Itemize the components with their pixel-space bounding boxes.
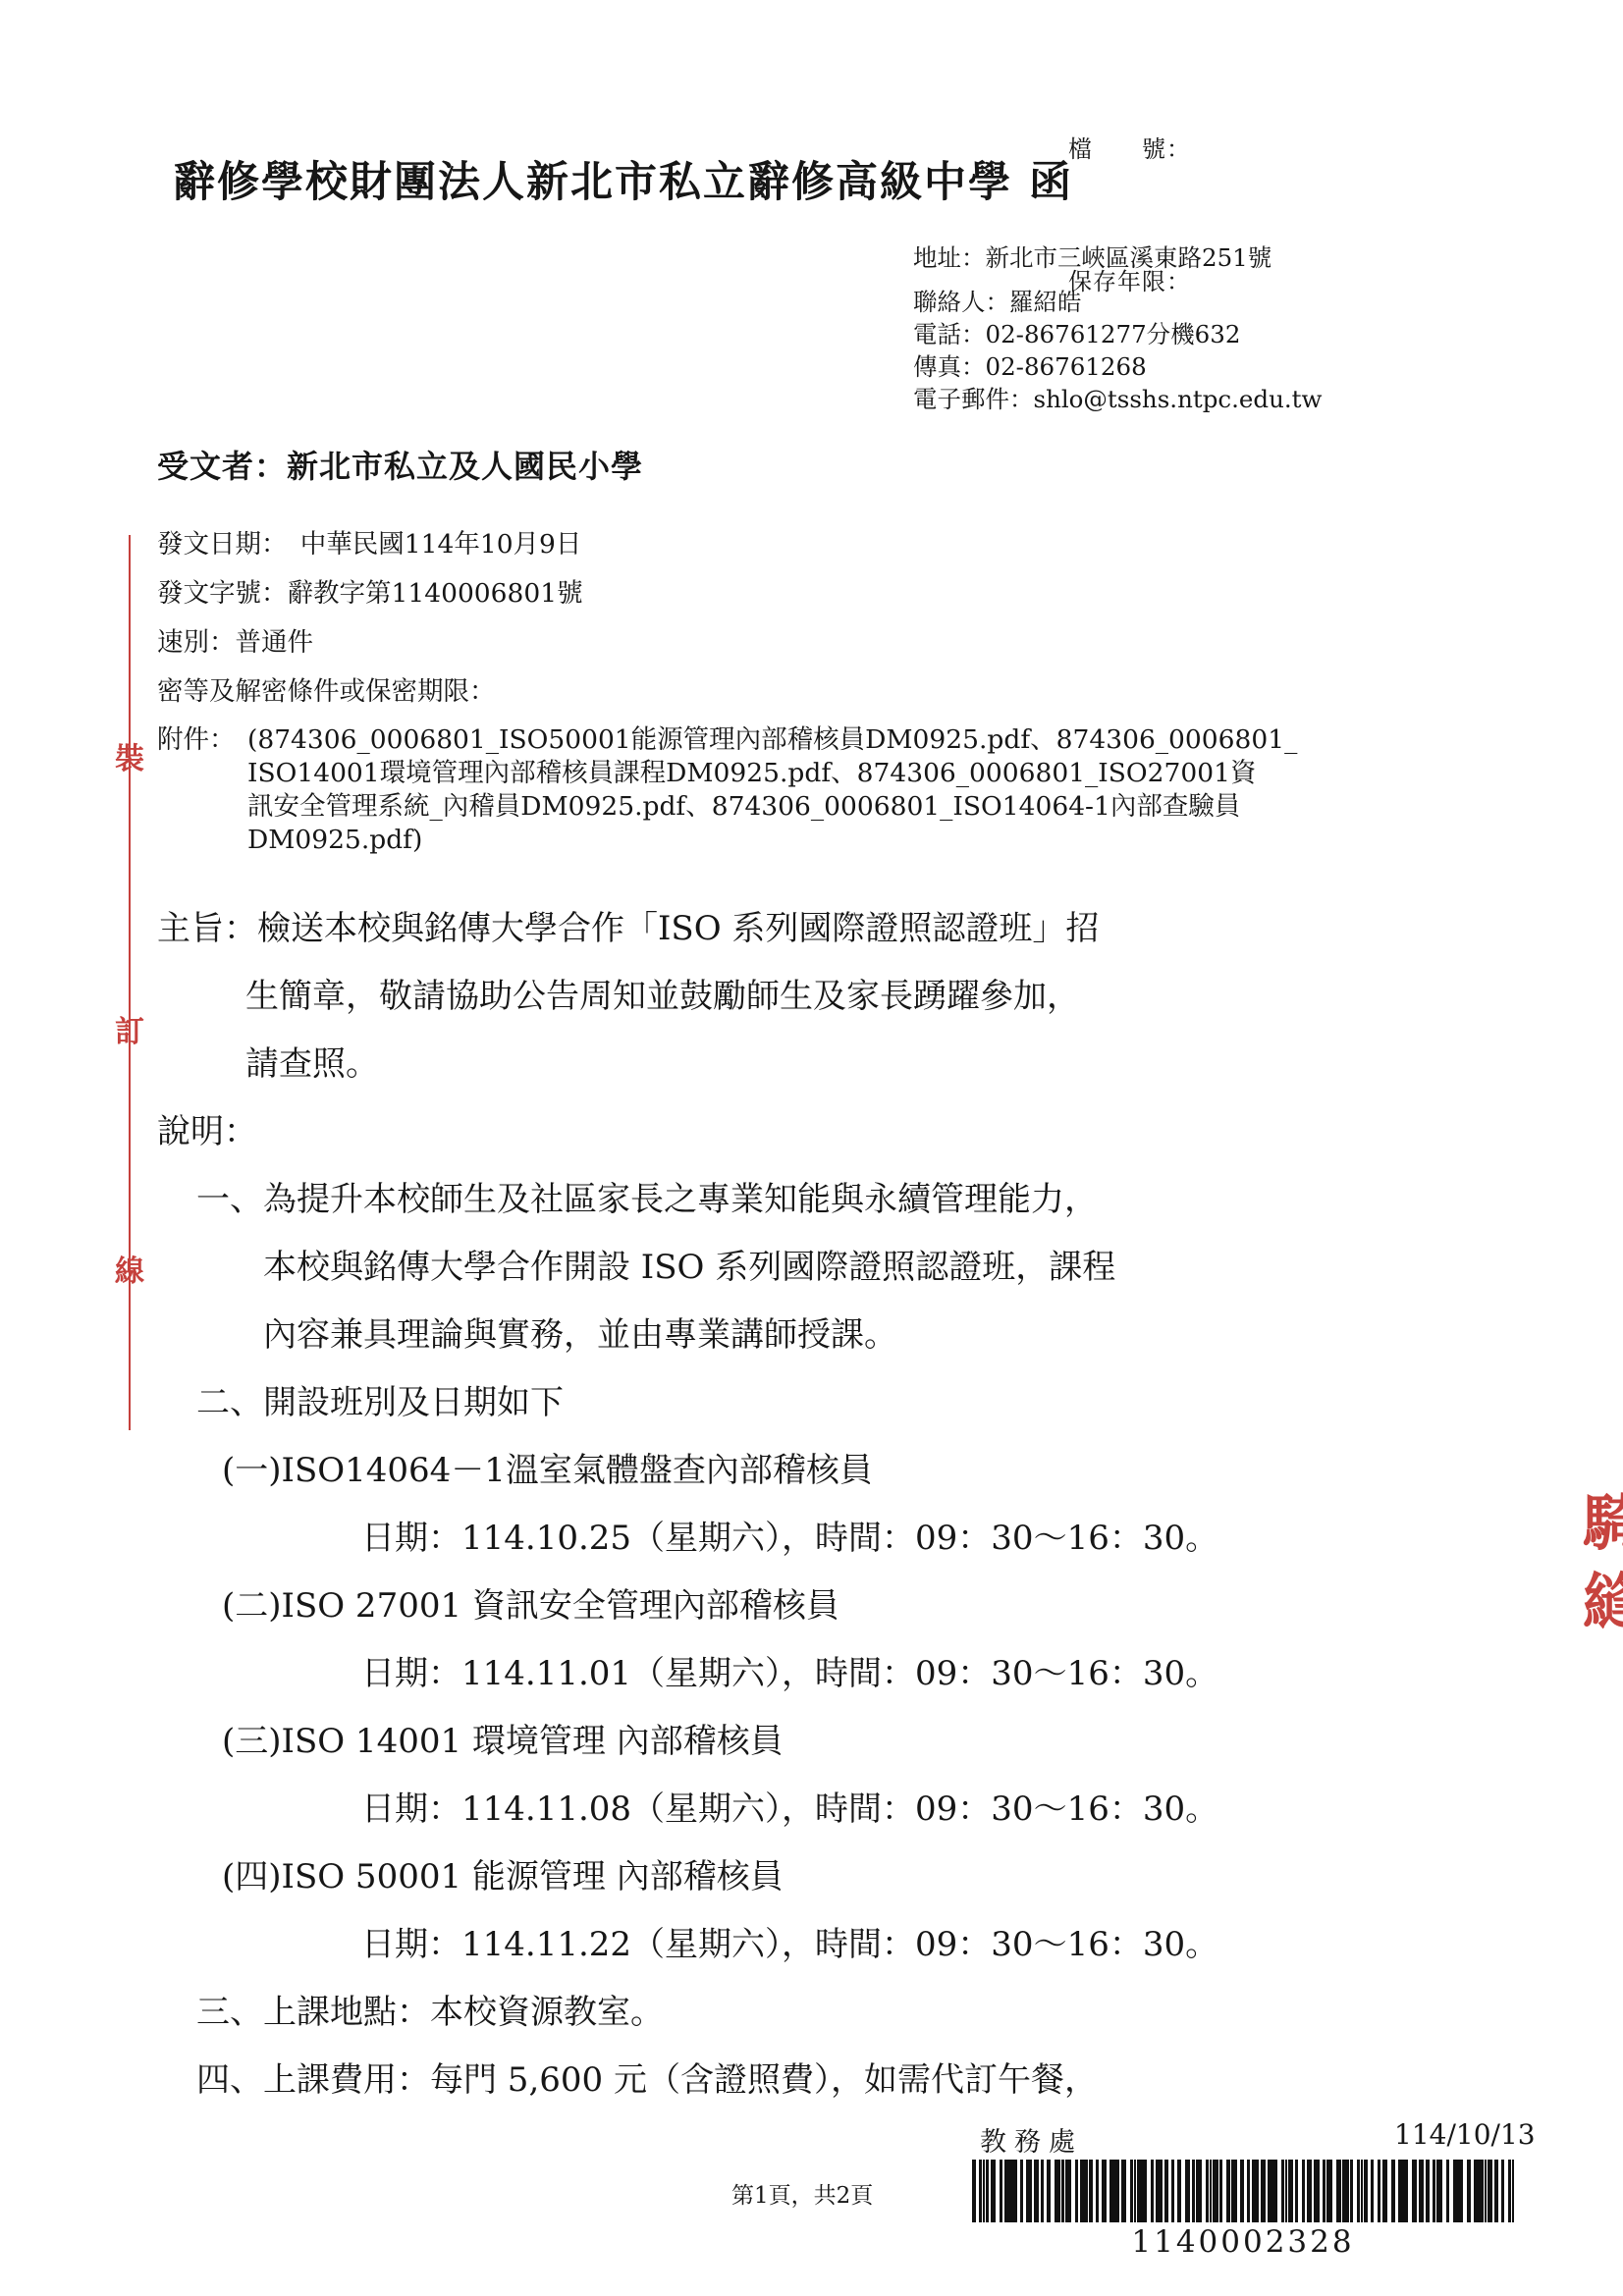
sender-contact-person: 聯絡人：羅紹皓 xyxy=(913,286,1322,318)
course-item: (四)ISO 50001 能源管理 內部稽核員 xyxy=(157,1843,1218,1911)
attachment-label: 附件： xyxy=(157,723,236,757)
received-date-stamp: 114/10/13 xyxy=(1394,2118,1536,2151)
attachment-line: DM0925.pdf) xyxy=(247,824,1297,857)
description-item: 三、上課地點：本校資源教室。 xyxy=(157,1979,1218,2047)
attachment-line: 訊安全管理系統_內稽員DM0925.pdf、874306_0006801_ISO… xyxy=(247,790,1297,824)
official-letter-page: 檔 號： 保存年限： 辭修學校財團法人新北市私立辭修高級中學 函 地址：新北市三… xyxy=(0,0,1623,2296)
binding-line xyxy=(129,535,131,1430)
description-heading: 說明： xyxy=(157,1098,1218,1166)
sender-address: 地址：新北市三峽區溪東路251號 xyxy=(913,241,1322,274)
subject-line: 主旨：檢送本校與銘傳大學合作「ISO 系列國際證照認證班」招 xyxy=(157,895,1218,963)
binding-char-ding: 訂 xyxy=(110,1007,149,1050)
letter-body: 主旨：檢送本校與銘傳大學合作「ISO 系列國際證照認證班」招 生簡章，敬請協助公… xyxy=(157,895,1218,2114)
doc-number-line: 發文字號：辭教字第1140006801號 xyxy=(157,569,583,618)
document-title: 辭修學校財團法人新北市私立辭修高級中學 函 xyxy=(173,149,1073,209)
course-date-line: 日期：114.11.08（星期六），時間：09：30～16：30。 xyxy=(157,1776,1218,1843)
description-item: 本校與銘傳大學合作開設 ISO 系列國際證照認證班，課程 xyxy=(157,1234,1218,1302)
recipient-line: 受文者：新北市私立及人國民小學 xyxy=(157,442,643,487)
attachment-line: ISO14001環境管理內部稽核員課程DM0925.pdf、874306_000… xyxy=(247,757,1297,790)
sender-contact-block: 地址：新北市三峽區溪東路251號 聯絡人：羅紹皓 電話：02-86761277分… xyxy=(913,241,1322,415)
subject-line: 請查照。 xyxy=(157,1031,1218,1098)
sender-phone: 電話：02-86761277分機632 xyxy=(913,318,1322,350)
description-item: 二、開設班別及日期如下 xyxy=(157,1369,1218,1437)
attachment-file-list: (874306_0006801_ISO50001能源管理內部稽核員DM0925.… xyxy=(247,723,1297,857)
binding-char-zhuang: 裝 xyxy=(110,734,149,777)
course-date-line: 日期：114.11.01（星期六），時間：09：30～16：30。 xyxy=(157,1640,1218,1708)
sender-email: 電子郵件：shlo@tsshs.ntpc.edu.tw xyxy=(913,383,1322,415)
attachment-block: 附件： (874306_0006801_ISO50001能源管理內部稽核員DM0… xyxy=(157,723,1297,857)
seal-char: 騎 xyxy=(1583,1484,1623,1563)
description-item: 內容兼具理論與實務，並由專業講師授課。 xyxy=(157,1302,1218,1369)
course-item: (一)ISO14064－1溫室氣體盤查內部稽核員 xyxy=(157,1437,1218,1505)
page-number-info: 第1頁，共2頁 xyxy=(731,2177,873,2210)
course-item: (二)ISO 27001 資訊安全管理內部稽核員 xyxy=(157,1573,1218,1640)
department-stamp: 教務處 xyxy=(980,2120,1083,2159)
barcode xyxy=(972,2160,1514,2222)
file-no-label: 檔 號： xyxy=(1068,128,1191,172)
subject-line: 生簡章，敬請協助公告周知並鼓勵師生及家長踴躍參加， xyxy=(157,963,1218,1031)
barcode-number: 1140002328 xyxy=(972,2224,1514,2260)
course-date-line: 日期：114.10.25（星期六），時間：09：30～16：30。 xyxy=(157,1505,1218,1573)
course-date-line: 日期：114.11.22（星期六），時間：09：30～16：30。 xyxy=(157,1911,1218,1979)
speed-class-line: 速別：普通件 xyxy=(157,618,583,667)
binding-char-xian: 線 xyxy=(110,1247,149,1290)
security-class-line: 密等及解密條件或保密期限： xyxy=(157,667,583,717)
issue-date-line: 發文日期： 中華民國114年10月9日 xyxy=(157,520,583,569)
document-meta-block: 發文日期： 中華民國114年10月9日 發文字號：辭教字第1140006801號… xyxy=(157,520,583,717)
sender-fax: 傳真：02-86761268 xyxy=(913,350,1322,383)
description-item: 一、為提升本校師生及社區家長之專業知能與永續管理能力， xyxy=(157,1166,1218,1234)
page-joint-seal-stamp: 騎 縫 xyxy=(1583,1484,1623,1641)
course-item: (三)ISO 14001 環境管理 內部稽核員 xyxy=(157,1708,1218,1776)
description-item: 四、上課費用：每門 5,600 元（含證照費），如需代訂午餐， xyxy=(157,2047,1218,2114)
attachment-line: (874306_0006801_ISO50001能源管理內部稽核員DM0925.… xyxy=(247,723,1297,757)
seal-char: 縫 xyxy=(1583,1563,1623,1641)
